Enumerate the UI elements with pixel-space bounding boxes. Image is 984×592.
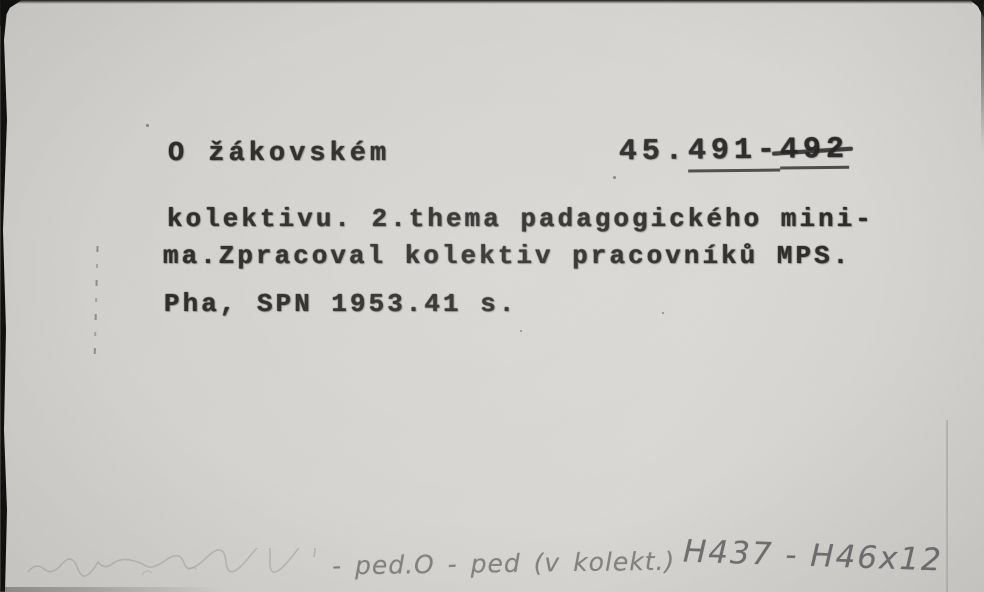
ink-speck [613,176,616,179]
shelfmark: 45.491-492 [619,135,849,171]
scan-edge-top [0,0,984,4]
ink-speck [662,312,664,314]
scan-edge-left [0,0,10,592]
shelfmark-underlined: 491- [688,134,780,173]
pencil-note-code: H437 - H46x12 [683,536,944,576]
body-line-3: Pha, SPN 1953.41 s. [164,291,517,317]
pencil-note-classification: - ped.O - ped (v kolekt.) [332,549,676,579]
ink-speck [520,330,522,332]
scan-edge-bottom [0,587,220,592]
paper-crease-right [944,420,948,592]
catalog-card-scan: O žákovském 45.491-492 kolektivu. 2.them… [0,0,984,592]
shelfmark-prefix: 45. [619,134,688,169]
faint-pencil-scribble [22,548,332,584]
paper-scratch-left [93,246,98,364]
shelfmark-struck: 492 [780,135,849,170]
card-heading: O žákovském [168,141,390,168]
body-line-2: ma.Zpracoval kolektiv pracovníků MPS. [163,243,851,269]
ink-speck [146,124,149,127]
body-line-1: kolektivu. 2.thema padagogického mini- [167,206,874,232]
